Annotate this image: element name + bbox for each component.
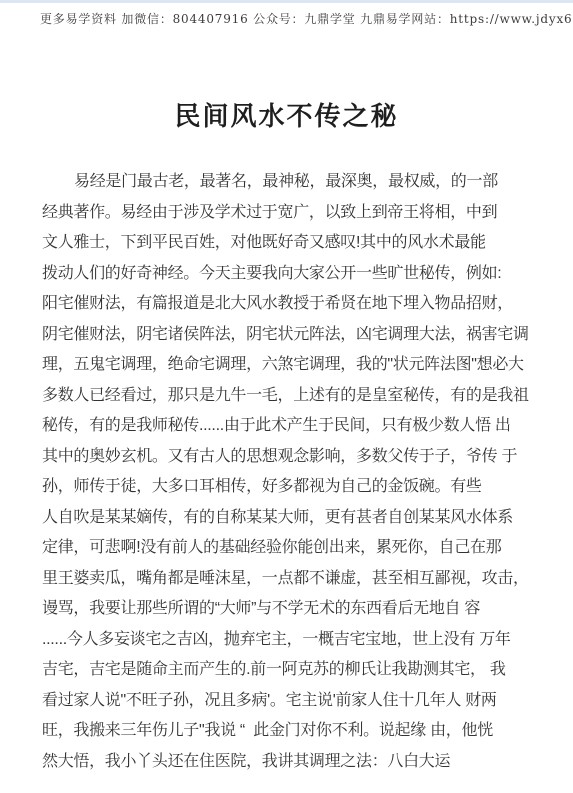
body-line: 定律，可悲啊!没有前人的基础经验你能创出来，累死你，自己在那 [42, 533, 536, 564]
body-line: 秘传，有的是我师秘传......由于此术产生于民间，只有极少数人悟 出 [42, 411, 536, 442]
body-line: 阳宅催财法，有篇报道是北大风水教授于希贤在地下埋入物品招财， [42, 289, 536, 320]
body-line: 阴宅催财法，阴宅诸侯阵法，阴宅状元阵法，凶宅调理大法，祸害宅调 [42, 320, 536, 351]
body-line: 理，五鬼宅调理，绝命宅调理，六煞宅调理，我的"状元阵法图"想必大 [42, 350, 536, 381]
promo-header: 更多易学资料 加微信：804407916 公众号：九鼎学堂 九鼎易学网站：htt… [40, 10, 573, 27]
body-line: 拨动人们的好奇神经。今天主要我向大家公开一些旷世秘传，例如: [42, 259, 536, 290]
body-line: 孙，师传于徒，大多口耳相传，好多都视为自己的金饭碗。有些 [42, 472, 536, 503]
body-line: 文人雅士，下到平民百姓，对他既好奇又感叹!其中的风水术最能 [42, 228, 536, 259]
body-line: 里王婆卖瓜，嘴角都是唾沫星，一点都不谦虚，甚至相互鄙视，攻击， [42, 564, 536, 595]
body-line: 易经是门最古老，最著名，最神秘，最深奥，最权威，的一部 [42, 167, 536, 198]
body-line: 吉宅，吉宅是随命主而产生的.前一阿克苏的柳氏让我勘测其宅， 我 [42, 655, 536, 686]
body-line: 旺，我搬来三年伤儿子"我说 “ 此金门对你不利。说起缘 由，他恍 [42, 716, 536, 747]
body-line: 人自吹是某某嫡传，有的自称某某大师，更有甚者自创某某风水体系 [42, 503, 536, 534]
document-body: 易经是门最古老，最著名，最神秘，最深奥，最权威，的一部 经典著作。易经由于涉及学… [42, 167, 536, 777]
window-top-edge [0, 0, 573, 3]
body-line: 谩骂，我要让那些所谓的“大师”与不学无术的东西看后无地自 容 [42, 594, 536, 625]
body-line: 其中的奥妙玄机。又有古人的思想观念影响，多数父传于子，爷传 于 [42, 442, 536, 473]
document-page: 更多易学资料 加微信：804407916 公众号：九鼎学堂 九鼎易学网站：htt… [0, 0, 573, 793]
body-line: 多数人已经看过，那只是九牛一毛，上述有的是皇室秘传，有的是我祖 [42, 381, 536, 412]
body-line: 经典著作。易经由于涉及学术过于宽广，以致上到帝王将相，中到 [42, 198, 536, 229]
body-line: 看过家人说"不旺子孙，况且多病'。宅主说'前家人住十几年人 财两 [42, 686, 536, 717]
body-line: 然大悟，我小丫头还在住医院，我讲其调理之法：八白大运 [42, 747, 536, 778]
body-line: ......今人多妄谈宅之吉凶，抛弃宅主，一概吉宅宝地，世上没有 万年 [42, 625, 536, 656]
document-title: 民间风水不传之秘 [0, 96, 573, 133]
